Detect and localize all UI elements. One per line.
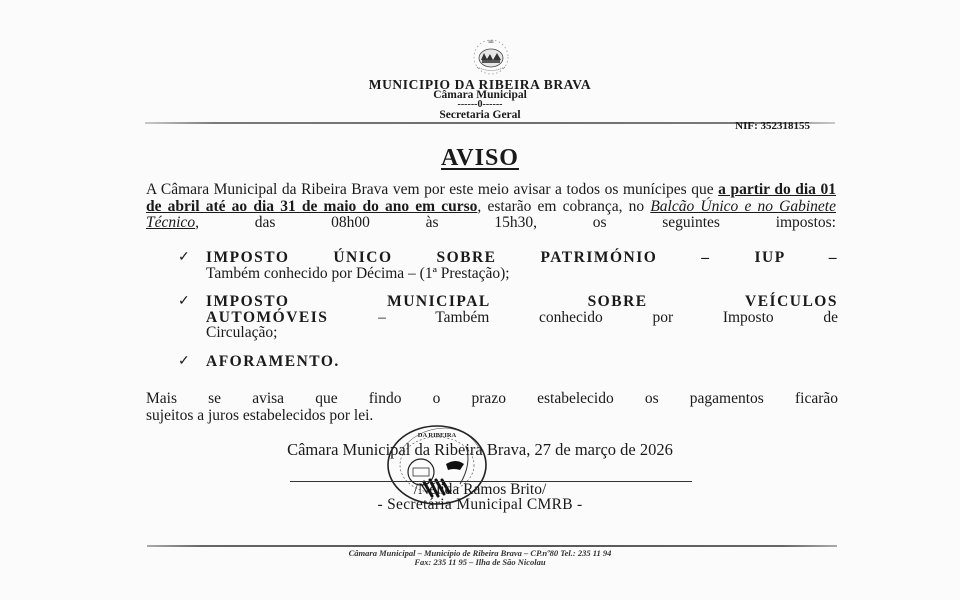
notice-title: AVISO <box>0 145 960 172</box>
nif-number: NIF: 352318155 <box>735 120 810 132</box>
intro-paragraph: A Câmara Municipal da Ribeira Brava vem … <box>146 182 836 232</box>
document-page: ⅡⅡ MUNICIPIO DA RIBEIRA BRAVA Câmara Mun… <box>0 0 960 600</box>
tax-item-aforamento: ✓ AFORAMENTO. <box>178 354 838 370</box>
svg-text:DA RIBEIRA: DA RIBEIRA <box>418 432 457 439</box>
checkmark-icon: ✓ <box>178 354 190 370</box>
municipal-emblem-icon: ⅡⅡ <box>466 36 516 76</box>
footer-fax-location: Fax: 235 11 95 – Ilha de São Nicolau <box>0 557 960 567</box>
svg-text:ⅡⅡ: ⅡⅡ <box>488 39 494 44</box>
late-payment-notice: Mais se avisa que findo o prazo estabele… <box>146 390 838 424</box>
signatory-role: - Secretária Municipal CMRB - <box>0 496 960 514</box>
department-name: Secretaria Geral <box>0 109 960 121</box>
footer-divider <box>147 545 837 547</box>
checkmark-icon: ✓ <box>178 250 190 266</box>
tax-item-vehicles: ✓ IMPOSTO MUNICIPAL SOBRE VEÍCULOS AUTOM… <box>178 294 838 341</box>
checkmark-icon: ✓ <box>178 294 190 310</box>
header-divider <box>145 122 835 124</box>
tax-list: ✓ IMPOSTO ÚNICO SOBRE PATRIMÓNIO – IUP –… <box>178 250 838 382</box>
tax-item-iup: ✓ IMPOSTO ÚNICO SOBRE PATRIMÓNIO – IUP –… <box>178 250 838 281</box>
